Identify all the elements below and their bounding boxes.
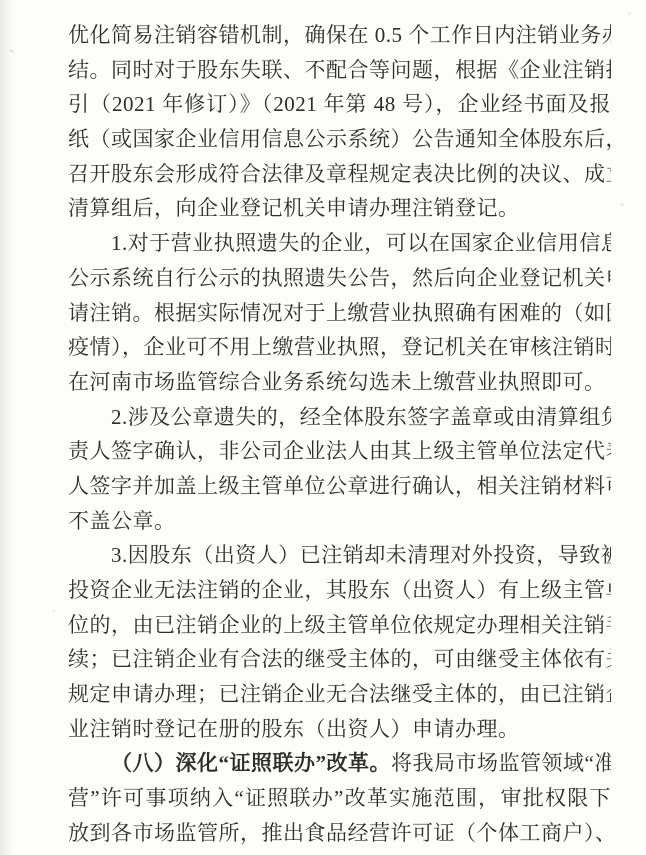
text-line: 请注销。根据实际情况对于上缴营业执照确有困难的（如因 (68, 296, 611, 331)
text-line: 投资企业无法注销的企业，其股东（出资人）有上级主管单 (68, 573, 611, 608)
text-line: 结。同时对于股东失联、不配合等问题，根据《企业注销指 (68, 53, 611, 88)
text-line: 人签字并加盖上级主管单位公章进行确认，相关注销材料可 (68, 469, 611, 504)
text-line: 放到各市场监管所，推出食品经营许可证（个体工商户）、 (68, 816, 611, 851)
text-line-item-3: 3.因股东（出资人）已注销却未清理对外投资，导致被 (68, 538, 611, 573)
text-line: 召开股东会形成符合法律及章程规定表决比例的决议、成立 (68, 157, 611, 192)
text-line: 不盖公章。 (68, 504, 611, 539)
text-line: 规定申请办理；已注销企业无合法继受主体的，由已注销企 (68, 677, 611, 712)
text-line: 公示系统自行公示的执照遗失公告，然后向企业登记机关申 (68, 261, 611, 296)
document-page: 优化简易注销容错机制，确保在 0.5 个工作日内注销业务办 结。同时对于股东失联… (0, 0, 646, 855)
text-line-item-1: 1.对于营业执照遗失的企业，可以在国家企业信用信息 (68, 226, 611, 261)
document-text: 优化简易注销容错机制，确保在 0.5 个工作日内注销业务办 结。同时对于股东失联… (68, 18, 611, 851)
text-line: 优化简易注销容错机制，确保在 0.5 个工作日内注销业务办 (68, 18, 611, 53)
text-line-section-8: （八）深化“证照联办”改革。将我局市场监管领域“准 (68, 746, 611, 781)
section-body-start: 将我局市场监管领域“准 (391, 751, 611, 775)
text-line: 清算组后，向企业登记机关申请办理注销登记。 (68, 191, 611, 226)
scan-edge-shadow (0, 0, 14, 855)
text-line: 业注销时登记在册的股东（出资人）申请办理。 (68, 712, 611, 747)
text-line: 在河南市场监管综合业务系统勾选未上缴营业执照即可。 (68, 365, 611, 400)
text-line: 疫情），企业可不用上缴营业执照，登记机关在审核注销时 (68, 330, 611, 365)
scan-artifact (620, 203, 624, 206)
text-line: 纸（或国家企业信用信息公示系统）公告通知全体股东后， (68, 122, 611, 157)
text-line: 营”许可事项纳入“证照联办”改革实施范围，审批权限下 (68, 781, 611, 816)
text-line-item-2: 2.涉及公章遗失的，经全体股东签字盖章或由清算组负 (68, 400, 611, 435)
text-line: 位的，由已注销企业的上级主管单位依规定办理相关注销手 (68, 608, 611, 643)
section-heading: （八）深化“证照联办”改革。 (111, 751, 391, 775)
scan-artifact (628, 12, 631, 15)
text-line: 续；已注销企业有合法的继受主体的，可由继受主体依有关 (68, 642, 611, 677)
text-line: 责人签字确认，非公司企业法人由其上级主管单位法定代表 (68, 434, 611, 469)
text-line: 引（2021 年修订）》（2021 年第 48 号），企业经书面及报 (68, 87, 611, 122)
scan-artifact (52, 610, 55, 612)
